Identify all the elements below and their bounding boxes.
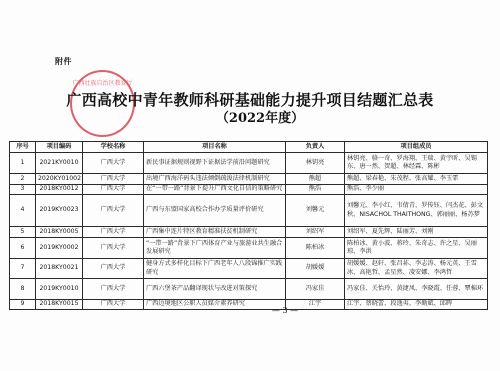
- cell-code: 2018KY0021: [36, 259, 83, 279]
- page-number: — 3 —: [0, 306, 500, 315]
- cell-leader: 刘馨元: [286, 195, 345, 227]
- cell-leader: 熊浩: [286, 185, 345, 195]
- cell-no: 5: [10, 227, 36, 238]
- cell-no: 1: [10, 153, 36, 174]
- cell-leader: 林钥亮: [286, 153, 345, 174]
- cell-project-name: 在“一带一路”背景下提升广西文化自信的策略研究: [144, 185, 286, 195]
- attachment-label: 附件: [55, 56, 72, 67]
- header-leader: 负责人: [286, 142, 345, 153]
- table-row: 2 2020KY01002 广西大学 出境广西海洋码头违法倾倒疏浚法律机制研究 …: [10, 174, 488, 185]
- cell-code: 2018KY0012: [36, 185, 83, 195]
- cell-code: 2019KY0002: [36, 238, 83, 259]
- document-page: 附件 广西壮族自治区教育厅 广西高校中青年教师科研基础能力提升项目结题汇总表 （…: [0, 0, 500, 371]
- document-subtitle: （2022年度）: [0, 107, 500, 126]
- cell-school: 广西大学: [83, 259, 144, 279]
- cell-code: 2019KY0010: [36, 279, 83, 300]
- cell-members: 熊超、梁春艳、朱茂程、张高耀、李玉霏: [345, 174, 488, 185]
- cell-school: 广西大学: [83, 195, 144, 227]
- table-row: 4 2019KY0023 广西大学 广西与东盟国家高校合作办学质量评价研究 刘馨…: [10, 195, 488, 227]
- table-row: 1 2021KY0010 广西大学 新民事证据规则视野下证据法学前沿问题研究 林…: [10, 153, 488, 174]
- header-members: 项目组成员: [345, 142, 488, 153]
- cell-no: 2: [10, 174, 36, 185]
- project-summary-table: 序号 项目编码 学校名称 项目名称 负责人 项目组成员 1 2021KY0010…: [9, 141, 488, 310]
- table-row: 5 2018KY0005 广西大学 广西集中连片特区教育精准扶贫机制研究 刘绍军…: [10, 227, 488, 238]
- cell-members: 熊浩、李少丽: [345, 185, 488, 195]
- cell-project-name: 新民事证据规则视野下证据法学前沿问题研究: [144, 153, 286, 174]
- cell-leader: 胡媛媛: [286, 259, 345, 279]
- table-row: 8 2019KY0010 广西大学 广西六堡茶产品翻译现状与改进对策探究 冯家佳…: [10, 279, 488, 300]
- header-project-name: 项目名称: [144, 142, 286, 153]
- cell-no: 4: [10, 195, 36, 227]
- table-header-row: 序号 项目编码 学校名称 项目名称 负责人 项目组成员: [10, 142, 488, 153]
- cell-school: 广西大学: [83, 279, 144, 300]
- cell-leader: 陈柏冰: [286, 238, 345, 259]
- cell-no: 7: [10, 259, 36, 279]
- cell-code: 2019KY0023: [36, 195, 83, 227]
- cell-leader: 刘绍军: [286, 227, 345, 238]
- cell-school: 广西大学: [83, 153, 144, 174]
- cell-school: 广西大学: [83, 238, 144, 259]
- seal-text: 广西壮族自治区教育厅: [72, 78, 133, 87]
- cell-leader: 熊超: [286, 174, 345, 185]
- cell-members: 刘馨元、李小红、韦倩青、罗传钰、闫杰花、彭文秋、NISACHOL THAITHO…: [345, 195, 488, 227]
- cell-project-name: 广西与东盟国家高校合作办学质量评价研究: [144, 195, 286, 227]
- cell-project-name: 健身方式多样化目标下广西老年人八段锦推广实践研究: [144, 259, 286, 279]
- cell-leader: 冯家佳: [286, 279, 345, 300]
- cell-members: 胡媛媛、赵轩、张昌荪、李志涛、杨元英、王雪冰、高艳哲、孟星然、凌安娜、李鸿哲: [345, 259, 488, 279]
- table-row: 6 2019KY0002 广西大学 “一带一路”背景下广西体育产业与旅游业共生融…: [10, 238, 488, 259]
- cell-school: 广西大学: [83, 227, 144, 238]
- cell-project-name: “一带一路”背景下广西体育产业与旅游业共生融合发展研究: [144, 238, 286, 259]
- cell-school: 广西大学: [83, 185, 144, 195]
- cell-members: 陈柏冰、黄小波、蒋玲、朱奇志、许之星、吴丽琼、李洪: [345, 238, 488, 259]
- cell-members: 林钥亮、骆一奇、罗海翔、王瑞、黄宇昕、吴锡东、唐一然、贺超、林经霖、陈彬: [345, 153, 488, 174]
- header-no: 序号: [10, 142, 36, 153]
- cell-project-name: 广西集中连片特区教育精准扶贫机制研究: [144, 227, 286, 238]
- cell-school: 广西大学: [83, 174, 144, 185]
- cell-project-name: 广西六堡茶产品翻译现状与改进对策探究: [144, 279, 286, 300]
- cell-code: 2020KY01002: [36, 174, 83, 185]
- cell-project-name: 出境广西海洋码头违法倾倒疏浚法律机制研究: [144, 174, 286, 185]
- cell-code: 2021KY0010: [36, 153, 83, 174]
- header-code: 项目编码: [36, 142, 83, 153]
- table-row: 7 2018KY0021 广西大学 健身方式多样化目标下广西老年人八段锦推广实践…: [10, 259, 488, 279]
- cell-no: 8: [10, 279, 36, 300]
- cell-no: 3: [10, 185, 36, 195]
- cell-no: 6: [10, 238, 36, 259]
- header-school: 学校名称: [83, 142, 144, 153]
- cell-code: 2018KY0005: [36, 227, 83, 238]
- cell-members: 冯家佳、关怡玲、黄捷凤、李晓霞、任蓉、覃棉环: [345, 279, 488, 300]
- table-row: 3 2018KY0012 广西大学 在“一带一路”背景下提升广西文化自信的策略研…: [10, 185, 488, 195]
- cell-members: 刘绍军、夏先辉、陆丽芳、刘刚: [345, 227, 488, 238]
